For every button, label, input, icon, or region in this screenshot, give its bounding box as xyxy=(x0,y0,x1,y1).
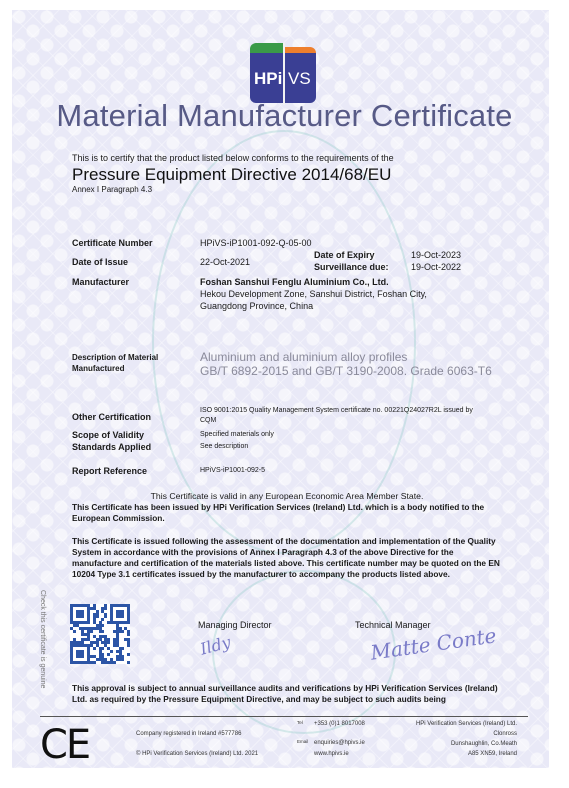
logo-text-vs: VS xyxy=(288,69,311,89)
footer-divider xyxy=(40,716,528,717)
directive-heading: Pressure Equipment Directive 2014/68/EU xyxy=(72,165,391,185)
description-value-line1: Aluminium and aluminium alloy profiles xyxy=(200,350,407,364)
email-label: Email xyxy=(297,739,308,744)
surveillance-due-value: 19-Oct-2022 xyxy=(411,262,461,272)
qr-caption: Check this certificate is genuine xyxy=(39,590,46,670)
scope-of-validity-label: Scope of Validity xyxy=(72,430,144,440)
date-of-expiry-label: Date of Expiry xyxy=(314,250,375,260)
tel-number: +353 (0)1 8017008 xyxy=(314,721,365,727)
approval-statement: This approval is subject to annual surve… xyxy=(72,683,502,705)
report-reference-label: Report Reference xyxy=(72,466,147,476)
certificate-title: Material Manufacturer Certificate xyxy=(0,98,569,134)
report-reference-value: HPiVS-iP1001-092-5 xyxy=(200,467,265,474)
validity-statement: This Certificate is valid in any Europea… xyxy=(72,491,502,502)
technical-manager-title: Technical Manager xyxy=(355,620,431,630)
managing-director-title: Managing Director xyxy=(198,620,272,630)
address-line2: Clonross xyxy=(493,731,517,737)
manufacturer-name: Foshan Sanshui Fenglu Aluminium Co., Ltd… xyxy=(200,277,389,287)
logo-text-hpi: HPi xyxy=(254,69,282,89)
description-label-line1: Description of Material xyxy=(72,353,158,362)
address-line4: A85 XN59, Ireland xyxy=(468,751,517,757)
annex-reference: Annex I Paragraph 4.3 xyxy=(72,185,152,194)
notified-body-statement: This Certificate has been issued by HPi … xyxy=(72,502,502,524)
date-of-issue-label: Date of Issue xyxy=(72,257,128,267)
company-registration: Company registered in Ireland #577786 xyxy=(136,731,241,737)
manufacturer-address-line1: Hekou Development Zone, Sanshui District… xyxy=(200,289,427,299)
address-line1: HPi Verification Services (Ireland) Ltd. xyxy=(416,721,517,727)
other-certification-line2: CQM xyxy=(200,417,216,424)
standards-applied-label: Standards Applied xyxy=(72,442,151,452)
certificate-number-label: Certificate Number xyxy=(72,238,153,248)
surveillance-due-label: Surveillance due: xyxy=(314,262,389,272)
tel-label: Tel xyxy=(297,720,303,725)
watermark-ornament xyxy=(212,570,396,734)
manufacturer-address-line2: Guangdong Province, China xyxy=(200,301,313,311)
copyright: © HPi Verification Services (Ireland) Lt… xyxy=(136,751,258,757)
address-line3: Dunshaughlin, Co.Meath xyxy=(451,741,517,747)
verification-qr-code[interactable] xyxy=(70,604,130,664)
scope-of-validity-value: Specified materials only xyxy=(200,431,274,438)
manufacturer-label: Manufacturer xyxy=(72,277,129,287)
date-of-issue-value: 22-Oct-2021 xyxy=(200,257,250,267)
other-certification-label: Other Certification xyxy=(72,412,151,422)
website-link[interactable]: www.hpivs.ie xyxy=(314,751,349,757)
logo-divider xyxy=(283,43,285,105)
logo-green-band xyxy=(250,43,283,53)
standards-applied-value: See description xyxy=(200,443,248,450)
certificate-number-value: HPiVS-iP1001-092-Q-05-00 xyxy=(200,238,312,248)
assessment-statement: This Certificate is issued following the… xyxy=(72,536,502,580)
description-value-line2: GB/T 6892-2015 and GB/T 3190-2008. Grade… xyxy=(200,364,492,378)
date-of-expiry-value: 19-Oct-2023 xyxy=(411,250,461,260)
other-certification-line1: ISO 9001:2015 Quality Management System … xyxy=(200,407,473,414)
description-label-line2: Manufactured xyxy=(72,364,124,373)
intro-text: This is to certify that the product list… xyxy=(72,153,394,163)
email-link[interactable]: enquiries@hpivs.ie xyxy=(314,740,365,746)
ce-mark: CE xyxy=(40,722,89,768)
hpivs-logo: HPi VS xyxy=(250,43,318,105)
